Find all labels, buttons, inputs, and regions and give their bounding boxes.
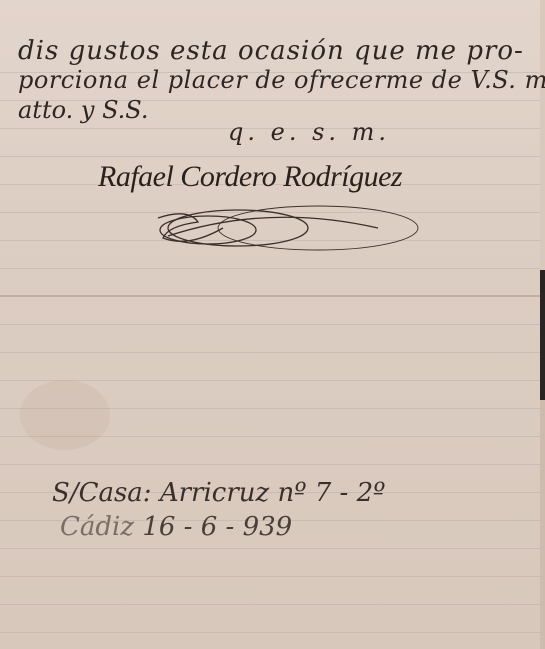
signature-flourish bbox=[128, 198, 428, 258]
paper-stain bbox=[20, 380, 110, 450]
address-line: S/Casa: Arricruz nº 7 - 2º bbox=[52, 478, 385, 508]
ruled-line bbox=[0, 464, 540, 465]
ruled-line bbox=[0, 604, 540, 605]
ruled-line bbox=[0, 352, 540, 353]
body-line-1: dis gustos esta ocasión que me pro- bbox=[18, 36, 524, 66]
ruled-line bbox=[0, 380, 540, 381]
body-line-2: porciona el placer de ofrecerme de V.S. … bbox=[18, 66, 545, 94]
body-line-3: atto. y S.S. bbox=[18, 96, 149, 124]
signature: Rafael Cordero Rodríguez bbox=[98, 160, 402, 194]
ruled-line bbox=[0, 268, 540, 269]
page-edge bbox=[540, 400, 545, 649]
date-city: Cádiz bbox=[60, 512, 134, 542]
date-line: Cádiz 16 - 6 - 939 bbox=[60, 512, 292, 542]
closing-formula: q. e. s. m. bbox=[228, 118, 390, 146]
date-value: 16 - 6 - 939 bbox=[142, 512, 292, 542]
ruled-line bbox=[0, 548, 540, 549]
ruled-line bbox=[0, 632, 540, 633]
ruled-line bbox=[0, 324, 540, 325]
ruled-line bbox=[0, 156, 540, 157]
ruled-line bbox=[0, 576, 540, 577]
paper-fold bbox=[0, 295, 540, 297]
letter-page: dis gustos esta ocasión que me pro- porc… bbox=[0, 0, 540, 649]
page-edge-shadow bbox=[540, 270, 545, 400]
